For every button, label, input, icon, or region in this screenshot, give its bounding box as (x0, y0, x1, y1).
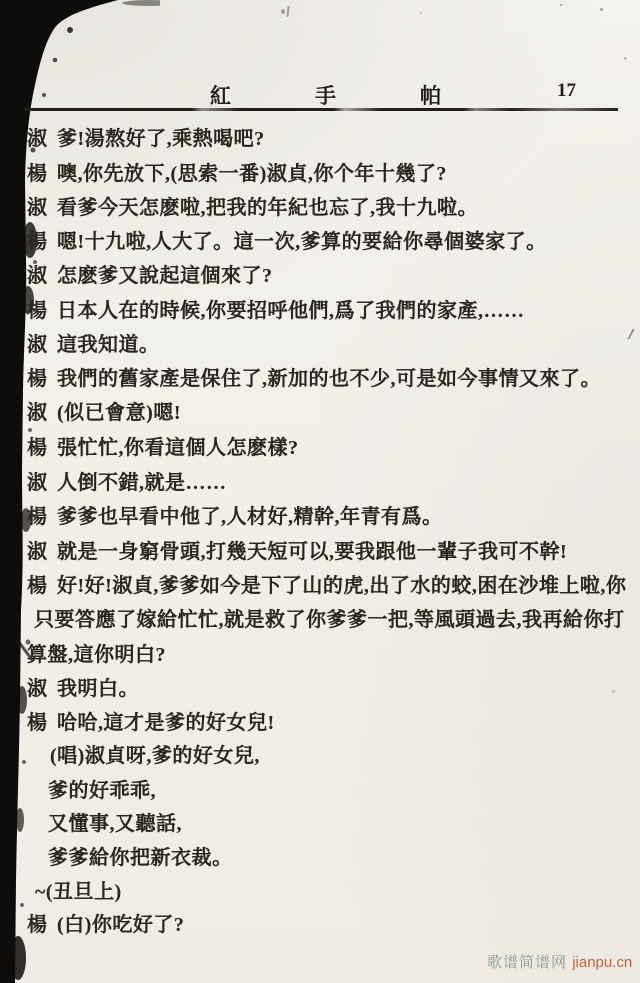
line-text: 這我知道。 (57, 334, 160, 356)
line-text: 就是一身窮骨頭,打幾天短可以,要我跟他一輩子我可不幹! (57, 541, 567, 563)
scan-speck (612, 690, 615, 693)
line-text: (似已會意)嗯! (57, 402, 181, 424)
speaker-label: 淑 (27, 128, 57, 151)
line-text: ~(丑旦上) (35, 881, 122, 903)
script-song-line: 又懂事,又聽話, (48, 813, 182, 836)
watermark: 歌谱简谱网 jianpu.cn (487, 951, 632, 972)
scan-speck (286, 6, 289, 17)
line-text: (唱)淑貞呀,爹的好女兒, (50, 745, 260, 767)
script-line: 淑這我知道。 (27, 334, 160, 357)
line-text: 看爹今天怎麽啦,把我的年紀也忘了,我十九啦。 (57, 197, 478, 219)
stage-direction: ~(丑旦上) (35, 881, 122, 904)
line-text: 張忙忙,你看這個人怎麽樣? (57, 437, 299, 459)
line-text: 怎麽爹又說起這個來了? (57, 265, 273, 287)
scan-speck (600, 8, 603, 11)
speaker-label: 楊 (27, 437, 57, 460)
line-text: 我們的舊家產是保住了,新加的也不少,可是如今事情又來了。 (57, 368, 601, 390)
line-text: 爹!湯熬好了,乘熱喝吧? (57, 128, 265, 150)
speaker-label: 楊 (27, 712, 57, 735)
script-line: 淑怎麽爹又說起這個來了? (27, 265, 273, 288)
line-text: 好!好!淑貞,爹爹如今是下了山的虎,出了水的蛟,困在沙堆上啦,你 (57, 575, 626, 597)
line-text: 日本人在的時候,你要招呼他們,爲了我們的家產,…… (57, 300, 525, 322)
speaker-label: 淑 (27, 265, 57, 288)
line-text: 爹爹也早看中他了,人材好,精幹,年青有爲。 (57, 506, 443, 528)
speaker-label: 楊 (27, 914, 57, 937)
speaker-label: 楊 (27, 231, 57, 254)
script-line: 楊爹爹也早看中他了,人材好,精幹,年青有爲。 (27, 506, 443, 529)
scan-speck (627, 328, 634, 340)
page-number: 17 (557, 80, 576, 102)
script-line: 楊哈哈,這才是爹的好女兒! (27, 712, 275, 735)
line-text: 噢,你先放下,(思索一番)淑貞,你个年十幾了? (57, 163, 447, 185)
speaker-label: 淑 (27, 678, 57, 701)
speaker-label: 楊 (27, 300, 57, 323)
line-text: 爹爹給你把新衣裁。 (48, 847, 233, 869)
line-text: 哈哈,這才是爹的好女兒! (57, 712, 275, 734)
line-text: 嗯!十九啦,人大了。這一次,爹算的要給你尋個婆家了。 (57, 231, 547, 253)
watermark-site-name: 歌谱简谱网 (487, 954, 567, 971)
script-line: 楊張忙忙,你看這個人怎麽樣? (27, 437, 299, 460)
script-line-continuation: 算盤,這你明白? (27, 644, 166, 667)
script-line: 楊我們的舊家產是保住了,新加的也不少,可是如今事情又來了。 (27, 368, 601, 391)
line-text: 人倒不錯,就是…… (57, 472, 227, 494)
speaker-label: 淑 (27, 541, 57, 564)
speaker-label: 淑 (27, 402, 57, 425)
script-line: 淑人倒不錯,就是…… (27, 472, 227, 495)
scan-speck (624, 57, 627, 60)
line-text: 我明白。 (57, 678, 139, 700)
line-text: 爹的好乖乖, (48, 780, 156, 802)
speaker-label: 楊 (27, 575, 57, 598)
speaker-label: 淑 (27, 334, 57, 357)
script-line: 楊(白)你吃好了? (27, 914, 184, 937)
line-text: 算盤,這你明白? (27, 644, 166, 666)
script-line: 楊嗯!十九啦,人大了。這一次,爹算的要給你尋個婆家了。 (27, 231, 547, 254)
page-title: 紅手帕 (210, 80, 525, 110)
script-line: 淑我明白。 (27, 678, 139, 701)
speaker-label: 楊 (27, 163, 57, 186)
scan-speck (281, 9, 285, 14)
line-text: (白)你吃好了? (57, 914, 184, 936)
script-line: 楊好!好!淑貞,爹爹如今是下了山的虎,出了水的蛟,困在沙堆上啦,你 (27, 575, 626, 598)
scan-speck (420, 12, 422, 14)
script-line: 淑(似已會意)嗯! (27, 402, 181, 425)
script-song-line: 爹的好乖乖, (48, 780, 156, 803)
script-line: 楊日本人在的時候,你要招呼他們,爲了我們的家產,…… (27, 300, 525, 323)
scanned-script-page: 紅手帕 17 淑爹!湯熬好了,乘熱喝吧? 楊噢,你先放下,(思索一番)淑貞,你个… (0, 0, 640, 983)
line-text: 又懂事,又聽話, (48, 813, 182, 835)
script-song-line: 爹爹給你把新衣裁。 (48, 847, 233, 870)
speaker-label: 楊 (27, 506, 57, 529)
line-text: 只要答應了嫁給忙忙,就是救了你爹爹一把,等風頭過去,我再給你打 (34, 609, 625, 631)
script-line: 楊噢,你先放下,(思索一番)淑貞,你个年十幾了? (27, 163, 447, 186)
speaker-label: 楊 (27, 368, 57, 391)
speaker-label: 淑 (27, 472, 57, 495)
watermark-site-url: jianpu.cn (572, 954, 632, 971)
header-rule (25, 108, 618, 111)
speaker-label: 淑 (27, 197, 57, 220)
script-line: 淑看爹今天怎麽啦,把我的年紀也忘了,我十九啦。 (27, 197, 478, 220)
script-line: 淑爹!湯熬好了,乘熱喝吧? (27, 128, 265, 151)
script-line-continuation: 只要答應了嫁給忙忙,就是救了你爹爹一把,等風頭過去,我再給你打 (34, 609, 625, 632)
scan-speck (560, 4, 562, 6)
script-line: 淑就是一身窮骨頭,打幾天短可以,要我跟他一輩子我可不幹! (27, 541, 567, 564)
script-song-line: (唱)淑貞呀,爹的好女兒, (50, 745, 260, 768)
